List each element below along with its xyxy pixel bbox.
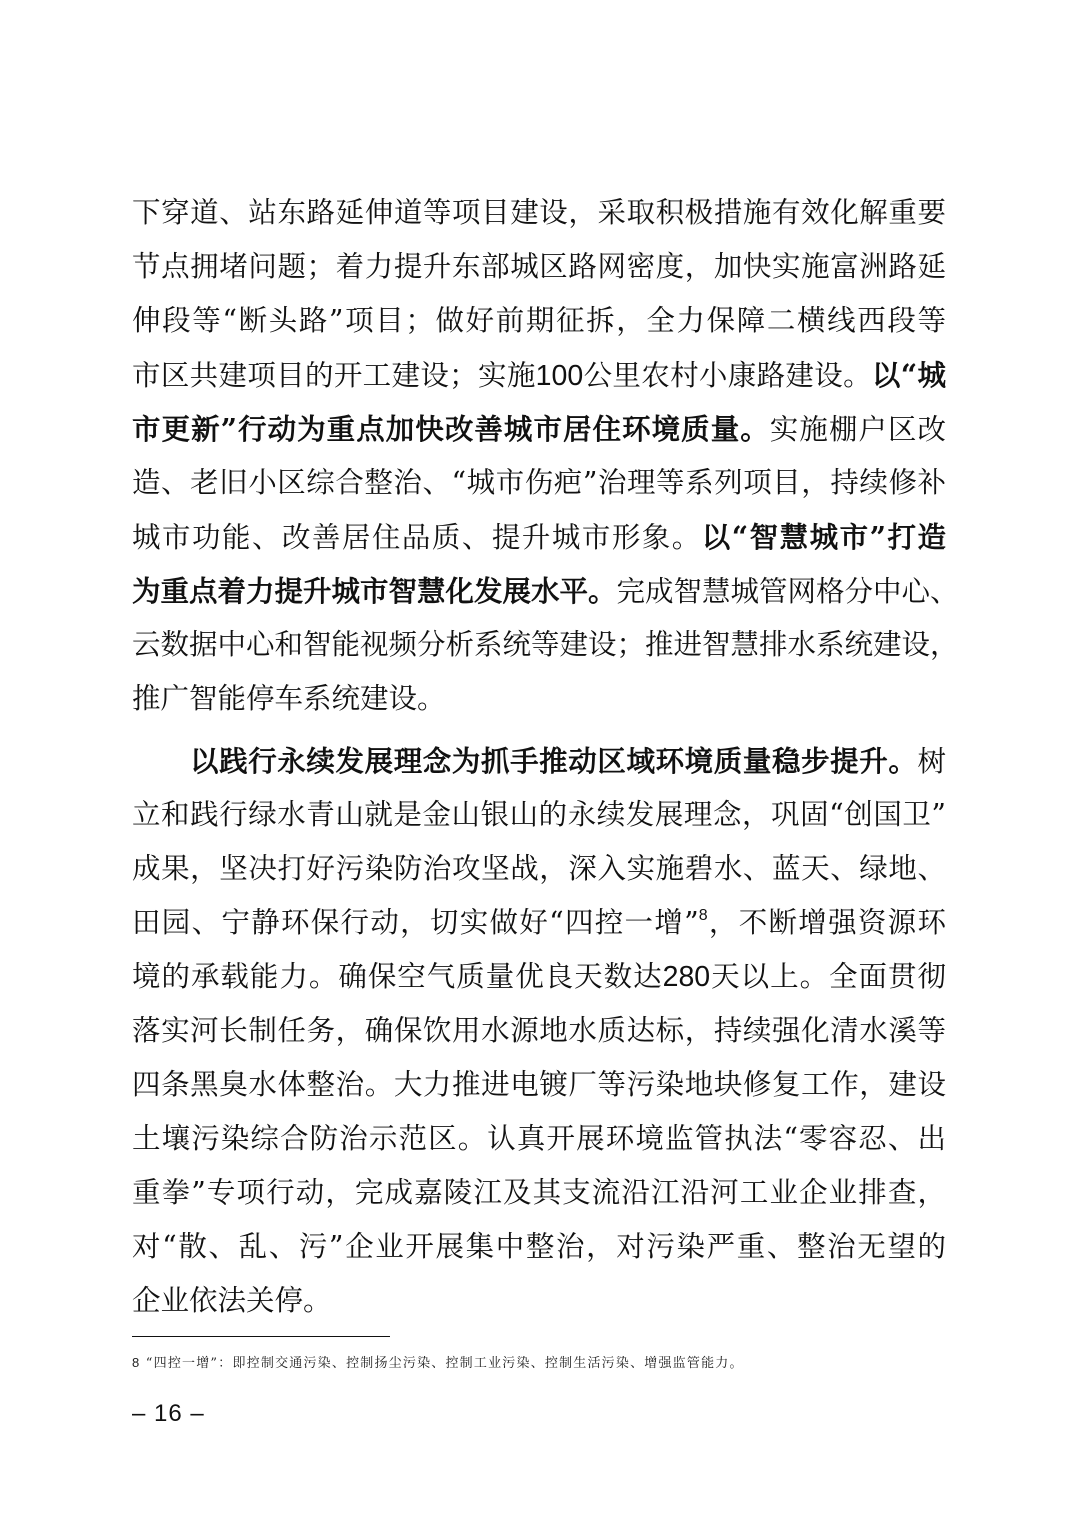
paragraph-environment: 以践行永续发展理念为抓手推动区域环境质量稳步提升。树 立和践行绿水青山就是金山银… xyxy=(132,734,946,1328)
text-line: 节点拥堵问题；着力提升东部城区路网密度，加快实施富洲路延 xyxy=(132,240,946,294)
text-line: 田园、宁静环保行动，切实做好“四控一增”8，不断增强资源环 xyxy=(132,896,946,950)
text-line: 重拳”专项行动，完成嘉陵江及其支流沿江沿河工业企业排查， xyxy=(132,1166,946,1220)
text-run: 树 xyxy=(917,745,946,778)
text-line: 城市功能、改善居住品质、提升城市形象。以“智慧城市”打造 xyxy=(132,510,946,564)
text-run: 境的承载能力。确保空气质量优良天数达 xyxy=(132,960,663,993)
text-run: 完成智慧城管网格分中心、 xyxy=(617,575,959,608)
bold-heading-run: 以践行永续发展理念为抓手推动区域环境质量稳步提升。 xyxy=(190,744,917,778)
text-run: 田园、宁静环保行动，切实做好“四控一增” xyxy=(132,906,699,939)
text-line: 企业依法关停。 xyxy=(132,1274,946,1328)
number-value: 100 xyxy=(536,360,584,392)
text-line: 以践行永续发展理念为抓手推动区域环境质量稳步提升。树 xyxy=(132,734,946,788)
body-text: 下穿道、站东路延伸道等项目建设，采取积极措施有效化解重要 节点拥堵问题；着力提升… xyxy=(132,186,946,1328)
paragraph-gap xyxy=(132,726,946,734)
text-line: 成果，坚决打好污染防治攻坚战，深入实施碧水、蓝天、绿地、 xyxy=(132,842,946,896)
text-run: 市区共建项目的开工建设；实施 xyxy=(132,359,536,392)
footnote-reference[interactable]: 8 xyxy=(699,907,708,924)
footnote-separator xyxy=(132,1336,390,1337)
text-line: 云数据中心和智能视频分析系统等建设；推进智慧排水系统建设， xyxy=(132,618,946,672)
bold-heading-run: 为重点着力提升城市智慧化发展水平。 xyxy=(132,574,617,608)
text-line: 落实河长制任务，确保饮用水源地水质达标，持续强化清水溪等 xyxy=(132,1004,946,1058)
bold-heading-run: 以“智慧城市”打造 xyxy=(702,520,946,554)
document-page: 下穿道、站东路延伸道等项目建设，采取积极措施有效化解重要 节点拥堵问题；着力提升… xyxy=(0,0,1074,1520)
text-run: ，不断增强资源环 xyxy=(708,906,946,939)
footnote-text: “四控一增”：即控制交通污染、控制扬尘污染、控制工业污染、控制生活污染、增强监管… xyxy=(146,1356,744,1371)
text-run: 城市功能、改善居住品质、提升城市形象。 xyxy=(132,521,702,554)
footnote-number: 8 xyxy=(132,1355,140,1370)
footnote: 8 “四控一增”：即控制交通污染、控制扬尘污染、控制工业污染、控制生活污染、增强… xyxy=(132,1352,744,1371)
text-line: 对“散、乱、污”企业开展集中整治，对污染严重、整治无望的 xyxy=(132,1220,946,1274)
page-number: – 16 – xyxy=(132,1400,205,1428)
text-line: 伸段等“断头路”项目；做好前期征拆，全力保障二横线西段等 xyxy=(132,294,946,348)
text-run: 实施棚户区改 xyxy=(770,413,946,446)
text-line: 市区共建项目的开工建设；实施100公里农村小康路建设。以“城 xyxy=(132,348,946,402)
text-line: 推广智能停车系统建设。 xyxy=(132,672,946,726)
paragraph-urban-construction: 下穿道、站东路延伸道等项目建设，采取积极措施有效化解重要 节点拥堵问题；着力提升… xyxy=(132,186,946,726)
number-value: 280 xyxy=(663,961,711,993)
text-line: 四条黑臭水体整治。大力推进电镀厂等污染地块修复工作，建设 xyxy=(132,1058,946,1112)
bold-heading-run: 市更新”行动为重点加快改善城市居住环境质量。 xyxy=(132,412,770,446)
text-line: 市更新”行动为重点加快改善城市居住环境质量。实施棚户区改 xyxy=(132,402,946,456)
text-line: 境的承载能力。确保空气质量优良天数达280天以上。全面贯彻 xyxy=(132,950,946,1004)
text-line: 下穿道、站东路延伸道等项目建设，采取积极措施有效化解重要 xyxy=(132,186,946,240)
text-run: 公里农村小康路建设。 xyxy=(583,359,872,392)
text-line: 立和践行绿水青山就是金山银山的永续发展理念，巩固“创国卫” xyxy=(132,788,946,842)
text-run: 天以上。全面贯彻 xyxy=(710,960,946,993)
text-line: 为重点着力提升城市智慧化发展水平。完成智慧城管网格分中心、 xyxy=(132,564,946,618)
text-line: 造、老旧小区综合整治、“城市伤疤”治理等系列项目，持续修补 xyxy=(132,456,946,510)
text-line: 土壤污染综合防治示范区。认真开展环境监管执法“零容忍、出 xyxy=(132,1112,946,1166)
bold-heading-run: 以“城 xyxy=(872,358,946,392)
